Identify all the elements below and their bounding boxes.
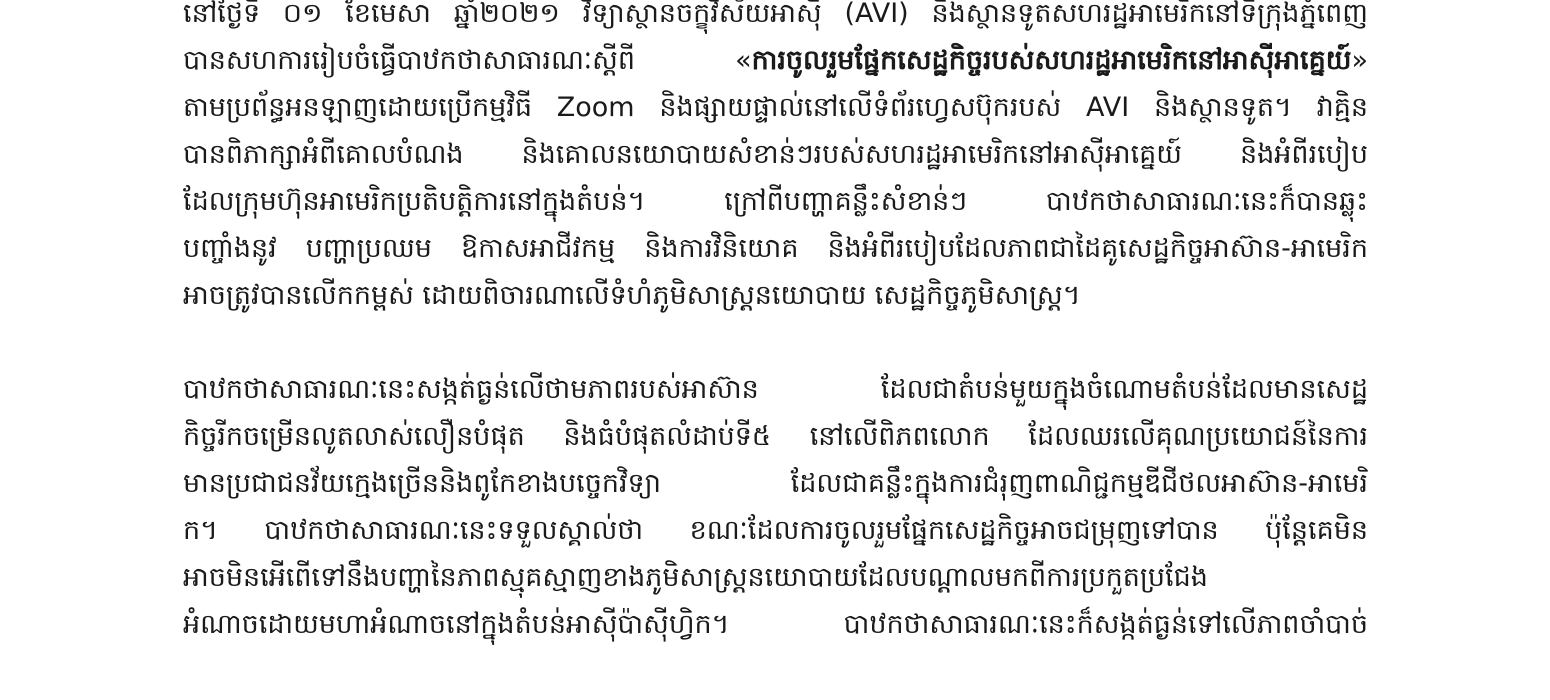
text-line: ក។ បាឋកថាសាធារណៈនេះទទួលស្គាល់ថា ខណៈដែលកា… (183, 507, 1368, 554)
paragraph-2: បាឋកថាសាធារណៈនេះសង្កត់ធ្ងន់លើថាមភាពរបស់អ… (183, 366, 1368, 648)
text-line: នៅថ្ងៃទី ០១ ខែមេសា ឆ្នាំ២០២១ វិទ្យាស្ថាន… (183, 0, 1368, 37)
lecture-title: ការចូលរួមផ្នែកសេដ្ឋកិច្ចរបស់សហរដ្ឋអាមេរិ… (752, 45, 1352, 76)
text-line: កិច្ចរីកចម្រើនលូតលាស់លឿនបំផុត និងធំបំផុត… (183, 413, 1368, 460)
text-line: បញ្ចាំងនូវ បញ្ហាប្រឈម ឱកាសអាជីវកម្ម និងក… (183, 225, 1368, 272)
text-line: បាឋកថាសាធារណៈនេះសង្កត់ធ្ងន់លើថាមភាពរបស់អ… (183, 366, 1368, 413)
text-line-with-title: បានសហការរៀបចំធ្វើបាឋកថាសាធារណៈស្តីពី «កា… (183, 37, 1368, 84)
text-line: មានប្រជាជនវ័យក្មេងច្រើននិងពូកែខាងបច្ចេកវ… (183, 460, 1368, 507)
open-quote: « (735, 45, 752, 76)
text-line: អំណាចដោយមហាអំណាចនៅក្នុងតំបន់អាស៊ីប៉ាស៊ីហ… (183, 601, 1368, 648)
text-line: ដែលក្រុមហ៊ុនអាមេរិកប្រតិបត្តិការនៅក្នុងត… (183, 178, 1368, 225)
paragraph-1: នៅថ្ងៃទី ០១ ខែមេសា ឆ្នាំ២០២១ វិទ្យាស្ថាន… (183, 0, 1368, 319)
text-line: តាមប្រព័ន្ធអនឡាញដោយប្រើកម្មវិធី Zoom និង… (183, 84, 1368, 131)
text-segment: បានសហការរៀបចំធ្វើបាឋកថាសាធារណៈស្តីពី (183, 45, 735, 76)
text-line: អាចត្រូវបានលើកកម្ពស់ ដោយពិចារណាលើទំហំភូម… (183, 272, 1368, 319)
document-page: នៅថ្ងៃទី ០១ ខែមេសា ឆ្នាំ២០២១ វិទ្យាស្ថាន… (183, 0, 1368, 648)
text-line: អាចមិនអើពើទៅនឹងបញ្ហានៃភាពស្មុគស្មាញខាងភូ… (183, 554, 1368, 601)
text-line: បានពិភាក្សាអំពីគោលបំណង និងគោលនយោបាយសំខាន… (183, 131, 1368, 178)
close-quote: » (1351, 45, 1368, 76)
